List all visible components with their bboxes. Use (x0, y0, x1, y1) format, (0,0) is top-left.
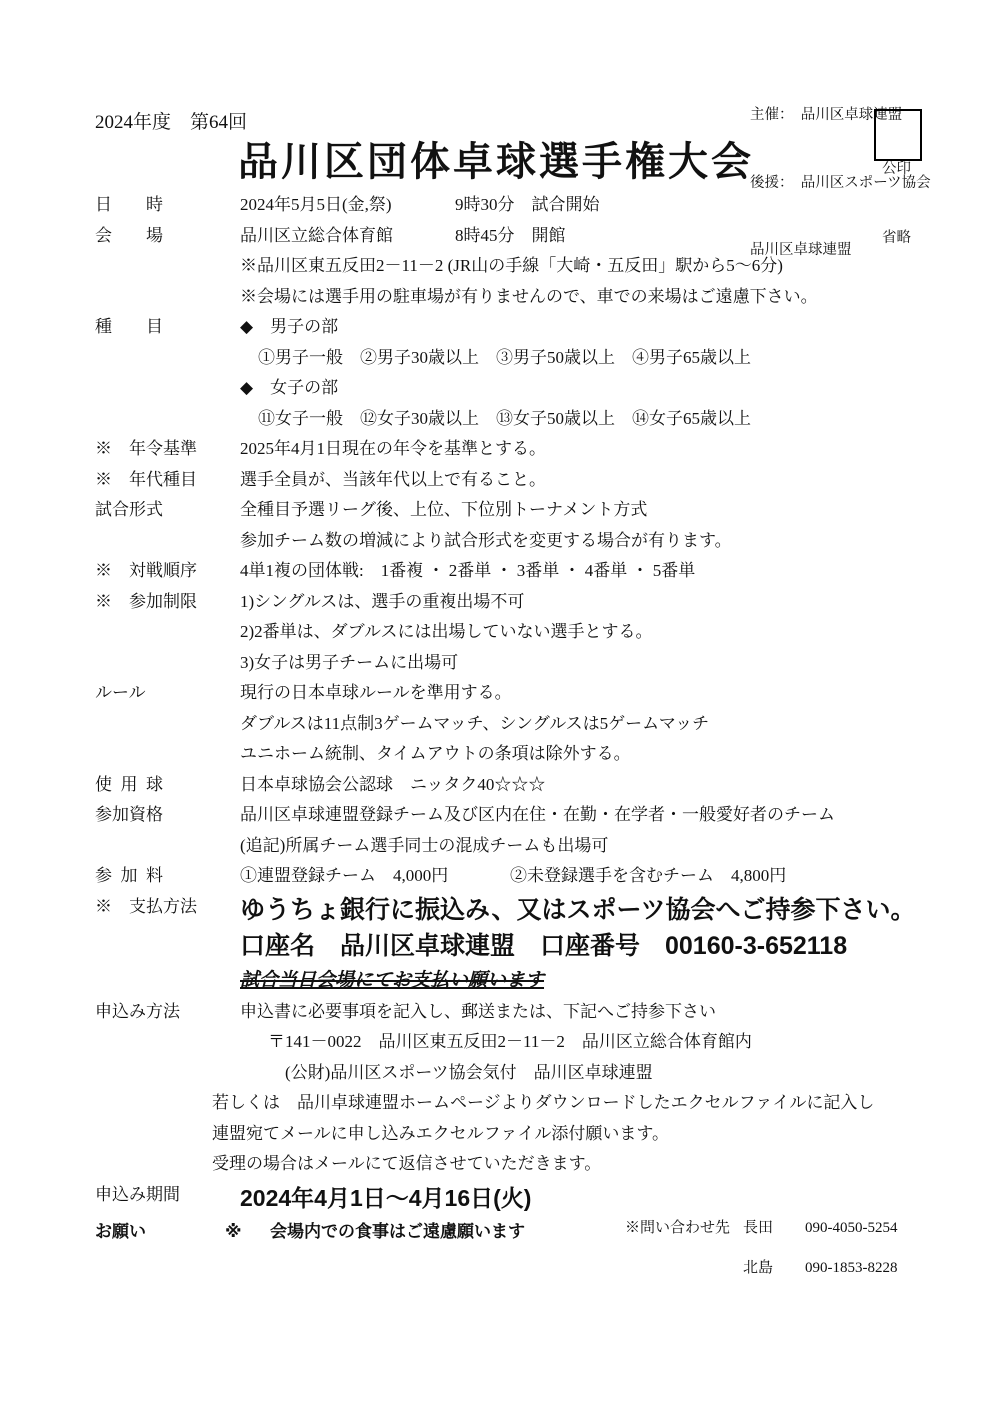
document-body: 日 時 2024年5月5日(金,祭) 9時30分 試合開始 会 場 品川区立総合… (95, 190, 960, 1248)
restrictions-label: ※ 参加制限 (95, 587, 240, 618)
row-age-category: ※ 年代種目 選手全員が、当該年代以上で有ること。 (95, 465, 960, 496)
venue-parking-note: ※会場には選手用の駐車場が有りませんので、車での来場はご遠慮下さい。 (240, 282, 960, 313)
fee-item2: ②未登録選手を含むチーム 4,800円 (510, 861, 786, 892)
apply-method-line2: 〒141－0022 品川区東五反田2－11－2 品川区立総合体育館内 (240, 1027, 960, 1058)
contact-label: ※問い合わせ先 (625, 1218, 743, 1238)
start-time: 9時30分 試合開始 (455, 190, 600, 221)
row-venue: 会 場 品川区立総合体育館 8時45分 開館 ※品川区東五反田2－11－2 (J… (95, 221, 960, 313)
open-time: 8時45分 開館 (455, 221, 566, 252)
mens-division-items: ①男子一般 ②男子30歳以上 ③男子50歳以上 ④男子65歳以上 (240, 343, 960, 374)
row-rules: ルール 現行の日本卓球ルールを準用する。 ダブルスは11点制3ゲームマッチ、シン… (95, 678, 960, 770)
womens-division-heading: ◆ 女子の部 (240, 373, 960, 404)
age-category-text: 選手全員が、当該年代以上で有ること。 (240, 465, 960, 496)
contact-block: ※問い合わせ先 長田 090-4050-5254 北島 090-1853-822… (625, 1218, 898, 1298)
apply-method-line5: 連盟宛てメールに申し込みエクセルファイル添付願います。 (212, 1119, 960, 1150)
request-label: お願い (95, 1216, 240, 1248)
row-apply-method: 申込み方法 申込書に必要事項を記入し、郵送または、下記へご持参下さい 〒141－… (95, 997, 960, 1180)
row-match-format: 試合形式 全種目予選リーグ後、上位、下位別トーナメント方式 参加チーム数の増減に… (95, 495, 960, 556)
contact-phone-2: 090-1853-8228 (805, 1258, 898, 1278)
apply-method-line6: 受理の場合はメールにて返信させていただきます。 (212, 1149, 960, 1180)
event-date: 2024年5月5日(金,祭) (240, 190, 455, 221)
restriction-3: 3)女子は男子チームに出場可 (240, 648, 960, 679)
venue-address-note: ※品川区東五反田2－11－2 (JR山の手線「大崎・五反田」駅から5～6分) (240, 251, 960, 282)
ball-text: 日本卓球協会公認球 ニッタク40☆☆☆ (240, 770, 960, 801)
row-match-order: ※ 対戦順序 4単1複の団体戦: 1番複 ・ 2番単 ・ 3番単 ・ 4番単 ・… (95, 556, 960, 587)
payment-line2: 口座名 品川区卓球連盟 口座番号 00160-3-652118 (240, 928, 960, 964)
contact-row-1: ※問い合わせ先 長田 090-4050-5254 (625, 1218, 898, 1238)
apply-method-line3: (公財)品川区スポーツ協会気付 品川区卓球連盟 (240, 1058, 960, 1089)
apply-method-label: 申込み方法 (95, 997, 240, 1028)
mens-division-heading: ◆ 男子の部 (240, 312, 960, 343)
row-events: 種 目 ◆ 男子の部 ①男子一般 ②男子30歳以上 ③男子50歳以上 ④男子65… (95, 312, 960, 434)
apply-period-text: 2024年4月1日～4月16日(火) (240, 1180, 960, 1216)
restriction-2: 2)2番単は、ダブルスには出場していない選手とする。 (240, 617, 960, 648)
match-format-line2: 参加チーム数の増減により試合形式を変更する場合が有ります。 (240, 526, 960, 557)
payment-label: ※ 支払方法 (95, 892, 240, 923)
request-text: 会場内での食事はご遠慮願います (270, 1216, 525, 1248)
eligibility-label: 参加資格 (95, 800, 240, 831)
payment-cancelled-line: 試合当日会場にてお支払い願います (240, 964, 544, 997)
row-eligibility: 参加資格 品川区卓球連盟登録チーム及び区内在住・在勤・在学者・一般愛好者のチーム… (95, 800, 960, 861)
age-basis-label: ※ 年令基準 (95, 434, 240, 465)
age-category-label: ※ 年代種目 (95, 465, 240, 496)
row-fee: 参 加 料 ①連盟登録チーム 4,000円 ②未登録選手を含むチーム 4,800… (95, 861, 960, 892)
row-age-basis: ※ 年令基準 2025年4月1日現在の年令を基準とする。 (95, 434, 960, 465)
eligibility-line1: 品川区卓球連盟登録チーム及び区内在住・在勤・在学者・一般愛好者のチーム (240, 800, 960, 831)
restriction-1: 1)シングルスは、選手の重複出場不可 (240, 587, 960, 618)
events-label: 種 目 (95, 312, 240, 343)
apply-method-line4: 若しくは 品川卓球連盟ホームページよりダウンロードしたエクセルファイルに記入し (212, 1088, 960, 1119)
venue-label: 会 場 (95, 221, 240, 252)
rules-line1: 現行の日本卓球ルールを準用する。 (240, 678, 960, 709)
contact-name-1: 長田 (743, 1218, 805, 1238)
venue-name: 品川区立総合体育館 (240, 221, 455, 252)
fee-label: 参 加 料 (95, 861, 240, 892)
apply-period-label: 申込み期間 (95, 1180, 240, 1211)
contact-row-2: 北島 090-1853-8228 (625, 1258, 898, 1278)
eligibility-line2: (追記)所属チーム選手同士の混成チームも出場可 (240, 831, 960, 862)
age-basis-text: 2025年4月1日現在の年令を基準とする。 (240, 434, 960, 465)
fee-item1: ①連盟登録チーム 4,000円 (240, 861, 510, 892)
match-order-label: ※ 対戦順序 (95, 556, 240, 587)
row-apply-period: 申込み期間 2024年4月1日～4月16日(火) (95, 1180, 960, 1216)
row-ball: 使 用 球 日本卓球協会公認球 ニッタク40☆☆☆ (95, 770, 960, 801)
womens-division-items: ⑪女子一般 ⑫女子30歳以上 ⑬女子50歳以上 ⑭女子65歳以上 (240, 404, 960, 435)
row-payment: ※ 支払方法 ゆうちょ銀行に振込み、又はスポーツ協会へご持参下さい。 口座名 品… (95, 892, 960, 997)
match-format-label: 試合形式 (95, 495, 240, 526)
contact-name-2: 北島 (743, 1258, 805, 1278)
rules-label: ルール (95, 678, 240, 709)
match-format-line1: 全種目予選リーグ後、上位、下位別トーナメント方式 (240, 495, 960, 526)
document-page: 主催： 品川区卓球連盟 後援： 品川区スポーツ協会 品川区卓球連盟 公印 省略 … (0, 0, 992, 1403)
apply-method-line1: 申込書に必要事項を記入し、郵送または、下記へご持参下さい (240, 997, 960, 1028)
request-marker: ※ (225, 1216, 270, 1248)
row-restrictions: ※ 参加制限 1)シングルスは、選手の重複出場不可 2)2番単は、ダブルスには出… (95, 587, 960, 679)
rules-line3: ユニホーム統制、タイムアウトの条項は除外する。 (240, 739, 960, 770)
rules-line2: ダブルスは11点制3ゲームマッチ、シングルスは5ゲームマッチ (240, 709, 960, 740)
payment-line1: ゆうちょ銀行に振込み、又はスポーツ協会へご持参下さい。 (240, 892, 960, 928)
datetime-label: 日 時 (95, 190, 240, 221)
page-title: 品川区団体卓球選手権大会 (0, 130, 992, 187)
contact-phone-1: 090-4050-5254 (805, 1218, 898, 1238)
ball-label: 使 用 球 (95, 770, 240, 801)
row-datetime: 日 時 2024年5月5日(金,祭) 9時30分 試合開始 (95, 190, 960, 221)
match-order-text: 4単1複の団体戦: 1番複 ・ 2番単 ・ 3番単 ・ 4番単 ・ 5番単 (240, 556, 960, 587)
